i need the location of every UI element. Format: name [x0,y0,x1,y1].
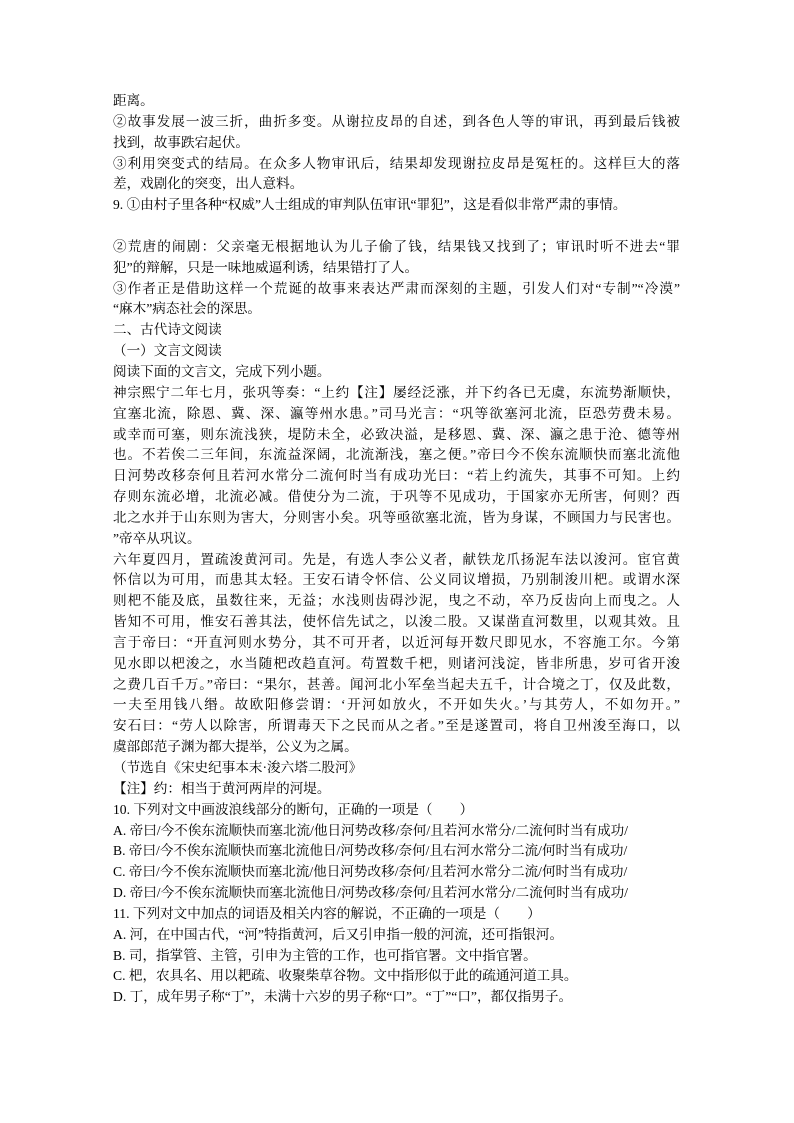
text-line-32: 虞部郎范子渊为都大提举，公义为之属。 [113,737,680,758]
text-line-18: 也。不若俟二三年间，东流益深阔，北流渐浅，塞之便。”帝曰今不俟东流顺快而塞北流他 [113,445,680,466]
text-line-5: 差，戏剧化的突变，出人意料。 [113,174,680,195]
text-line-19: 日河势改移奈何且若河水常分二流何时当有成功光曰：“若上约流失，其事不可知。上约 [113,466,680,487]
text-line-40: 11. 下列对文中加点的词语及相关内容的解说，不正确的一项是（ ） [113,904,680,925]
text-line-37: B. 帝曰/今不俟东流顺快而塞北流他日/河势改移/奈何/且右河水常分二流/何时当… [113,841,680,862]
text-line-28: 见水即以杷浚之，水当随杷改趋直河。苟置数千杷，则诸河浅淀，皆非所患，岁可省开浚 [113,654,680,675]
text-line-36: A. 帝曰/今不俟东流顺快而塞北流/他日河势改移/奈何/且若河水常分/二流何时当… [113,821,680,842]
text-line-8: ②荒唐的闹剧：父亲毫无根据地认为儿子偷了钱，结果钱又找到了；审讯时听不进去“罪 [113,237,680,258]
text-line-15: 神宗熙宁二年七月，张巩等奏：“上约【注】屡经泛涨，并下约各已无虞，东流势渐顺快， [113,383,680,404]
text-line-30: 一夫至用钱八缗。故欧阳修尝谓：‘开河如放火，不开如失火。’与其劳人，不如勿开。” [113,695,680,716]
text-line-1: 距离。 [113,91,680,112]
text-line-27: 言于帝曰：“开直河则水势分，其不可开者，以近河每开数尺即见水，不容施工尔。今第 [113,633,680,654]
text-line-23: 六年夏四月，置疏浚黄河司。先是，有选人李公义者，献铁龙爪扬泥车法以浚河。宦官黄 [113,550,680,571]
text-line-14: 阅读下面的文言文，完成下列小题。 [113,362,680,383]
text-line-31: 安石曰：“劳人以除害，所谓毒天下之民而从之者。”至是遂置司，将自卫州浚至海口，以 [113,716,680,737]
blank-line [113,216,680,237]
text-line-20: 存则东流必增，北流必减。借使分为二流，于巩等不见成功，于国家亦无所害，何则？西 [113,487,680,508]
text-line-24: 怀信以为可用，而患其太轻。王安石请令怀信、公义同议增损，乃别制浚川杷。或谓水深 [113,570,680,591]
text-line-16: 宜塞北流，除恩、冀、深、瀛等州水患。”司马光言：“巩等欲塞河北流，臣恐劳费未易。 [113,404,680,425]
text-line-26: 皆知不可用，惟安石善其法，使怀信先试之，以浚二股。又谋凿直河数里，以观其效。且 [113,612,680,633]
text-line-33: （节选自《宋史纪事本末·浚六塔二股河》 [113,758,680,779]
text-line-25: 则杷不能及底，虽数往来，无益；水浅则齿碍沙泥，曳之不动，卒乃反齿向上而曳之。人 [113,591,680,612]
text-line-6: 9. ①由村子里各种“权威”人士组成的审判队伍审讯“罪犯”，这是看似非常严肃的事… [113,195,680,216]
text-line-43: C. 杷，农具名、用以耙疏、收聚柴草谷物。文中指形似于此的疏通河道工具。 [113,966,680,987]
text-line-9: 犯”的辩解，只是一味地威逼利诱，结果错打了人。 [113,258,680,279]
text-line-13: （一）文言文阅读 [113,341,680,362]
text-line-21: 北之水并于山东则为害大，分则害小矣。巩等亟欲塞北流，皆为身谋，不顾国力与民害也。 [113,508,680,529]
text-line-29: 之费几百千万。”帝曰：“果尔，甚善。闻河北小军垒当起夫五千，计合境之丁，仅及此数… [113,675,680,696]
text-line-35: 10. 下列对文中画波浪线部分的断句，正确的一项是（ ） [113,800,680,821]
text-line-4: ③利用突变式的结局。在众多人物审讯后，结果却发现谢拉皮昂是冤枉的。这样巨大的落 [113,154,680,175]
text-line-42: B. 司，指掌管、主管，引申为主管的工作，也可指官署。文中指官署。 [113,946,680,967]
document-page: 距离。②故事发展一波三折，曲折多变。从谢拉皮昂的自述，到各色人等的审讯，再到最后… [0,0,794,1123]
text-line-3: 找到，故事跌宕起伏。 [113,133,680,154]
text-line-44: D. 丁，成年男子称“丁”，未满十六岁的男子称“口”。“丁”“口”，都仅指男子。 [113,987,680,1008]
text-line-10: ③作者正是借助这样一个荒诞的故事来表达严肃而深刻的主题，引发人们对“专制”“冷漠… [113,279,680,300]
text-line-41: A. 河，在中国古代，“河”特指黄河，后又引申指一般的河流，还可指银河。 [113,925,680,946]
text-line-17: 或幸而可塞，则东流浅狭，堤防未全，必致决溢，是移恩、冀、深、瀛之患于沧、德等州 [113,425,680,446]
document-content: 距离。②故事发展一波三折，曲折多变。从谢拉皮昂的自述，到各色人等的审讯，再到最后… [113,91,680,1008]
text-line-34: 【注】约：相当于黄河两岸的河堤。 [113,779,680,800]
text-line-12: 二、古代诗文阅读 [113,320,680,341]
text-line-11: “麻木”病态社会的深思。 [113,299,680,320]
text-line-22: ”帝卒从巩议。 [113,529,680,550]
text-line-39: D. 帝曰/今不俟东流顺快而塞北流他日/河势改移/奈何/且若河水常分/二流何时当… [113,883,680,904]
text-line-2: ②故事发展一波三折，曲折多变。从谢拉皮昂的自述，到各色人等的审讯，再到最后钱被 [113,112,680,133]
text-line-38: C. 帝曰/今不俟东流顺快而塞北流/他日河势改移/奈何/且若河水常分二流/何时当… [113,862,680,883]
